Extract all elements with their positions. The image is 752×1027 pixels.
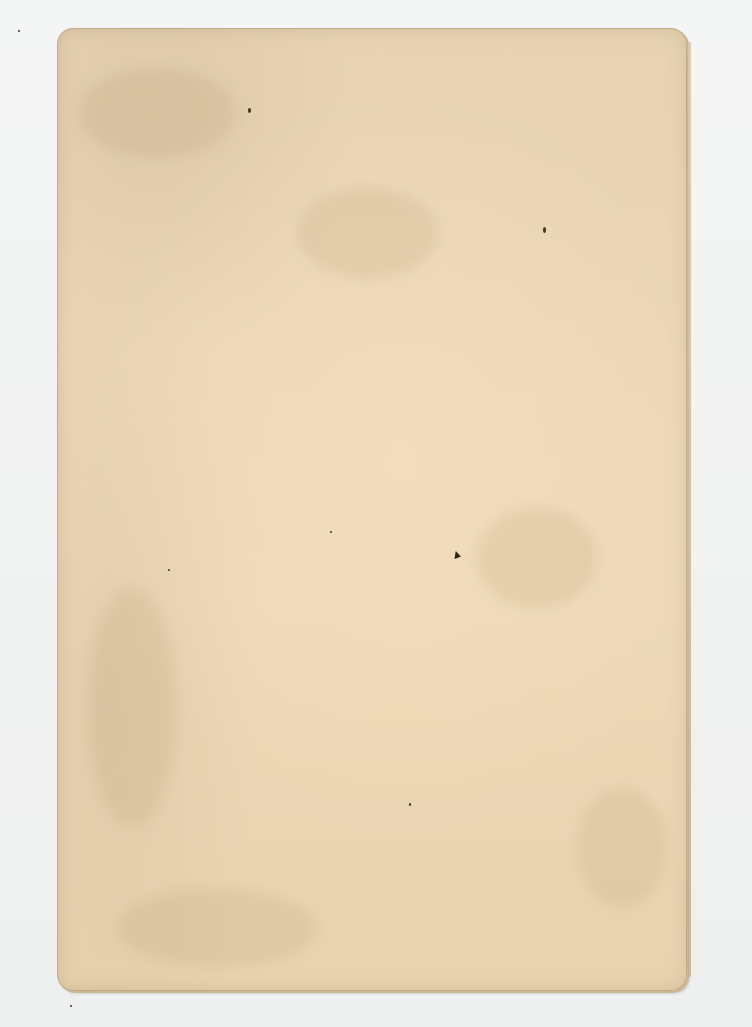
age-stain [77, 68, 237, 158]
cabinet-card-back [57, 28, 687, 991]
age-stain [117, 888, 317, 968]
age-stain [87, 588, 177, 828]
speck-mark [18, 30, 20, 32]
speck-mark [330, 531, 332, 533]
speck-mark [248, 108, 251, 113]
speck-mark [409, 803, 411, 806]
speck-mark [168, 569, 170, 571]
age-stain [577, 788, 667, 908]
speck-mark [543, 227, 546, 233]
speck-mark [70, 1005, 72, 1007]
age-stain [477, 508, 597, 608]
age-stain [297, 188, 437, 278]
